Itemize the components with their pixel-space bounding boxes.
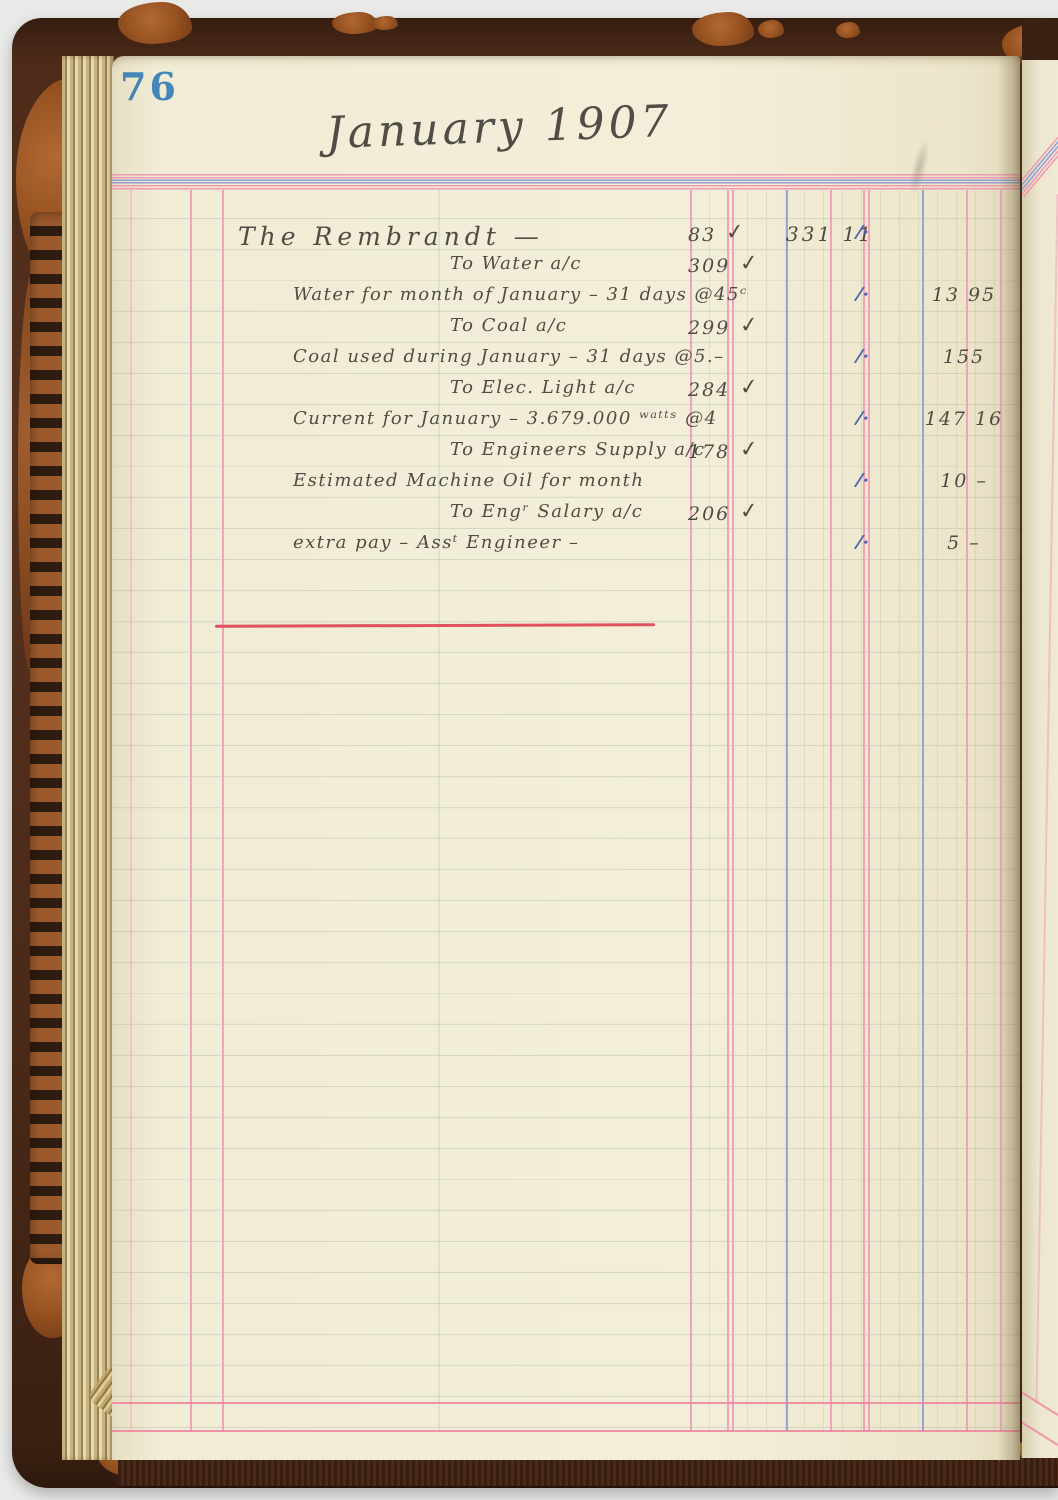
entry-text: Current for January – 3.679.000 ʷᵃᵗᵗˢ @4 [293,408,718,429]
ledger-entries: The Rembrandt —83 ✓331 11/·To Water a/c3… [112,56,1020,1460]
ledger-row: To Coal a/c299 ✓ [112,315,1020,345]
folio-number: 206 ✓ [688,501,761,526]
ledger-row: Current for January – 3.679.000 ʷᵃᵗᵗˢ @4… [112,408,1020,438]
folio-number: 178 ✓ [688,439,761,464]
entry-text: To Engineers Supply a/c [450,439,706,460]
ledger-row: The Rembrandt —83 ✓331 11/· [112,222,1020,252]
credit-amount: 147 16 [918,408,1010,430]
posting-mark: /· [855,531,870,553]
checkmark-icon: ✓ [739,374,762,401]
facing-page-column-rule [1035,194,1058,1404]
posting-mark: /· [855,283,870,305]
ledger-row: Coal used during January – 31 days @5.–/… [112,346,1020,376]
ledger-row: To Elec. Light a/c284 ✓ [112,377,1020,407]
ledger-page: 76 January 1907 The Rembrandt —83 ✓331 1… [112,56,1020,1460]
entry-text: To Coal a/c [450,315,567,336]
entry-text: To Water a/c [450,253,582,274]
posting-mark: /· [855,345,870,367]
checkmark-icon: ✓ [739,250,762,277]
credit-amount: 155 [918,346,1010,368]
ledger-row: To Engineers Supply a/c178 ✓ [112,439,1020,469]
entry-text: To Elec. Light a/c [450,377,636,398]
cover-top-right-corner [1022,18,1058,60]
credit-amount: 5 – [918,532,1010,554]
torn-leather-patch [692,12,754,46]
ledger-row: Water for month of January – 31 days @45… [112,284,1020,314]
checkmark-icon: ✓ [725,219,748,246]
credit-amount: 13 95 [918,284,1010,306]
facing-page-edge [1022,44,1058,1458]
ledger-row: Estimated Machine Oil for month/·10 – [112,470,1020,500]
checkmark-icon: ✓ [739,498,762,525]
entry-text: Coal used during January – 31 days @5.– [293,346,725,367]
checkmark-icon: ✓ [739,312,762,339]
entry-text: extra pay – Assᵗ Engineer – [293,532,579,553]
facing-page-rule-band [1022,122,1058,198]
posting-mark: /· [855,221,870,243]
folio-number: 309 ✓ [688,253,761,278]
folio-number: 284 ✓ [688,377,761,402]
gutter-shadow [998,56,1022,1460]
cover-bottom-edge [118,1458,1058,1488]
torn-leather-patch [836,22,860,38]
posting-mark: /· [855,407,870,429]
torn-leather-patch [118,2,192,44]
ledger-row: To Water a/c309 ✓ [112,253,1020,283]
ledger-row: To Engʳ Salary a/c206 ✓ [112,501,1020,531]
entry-text: The Rembrandt — [238,222,544,251]
torn-leather-patch [758,20,784,38]
folio-number: 299 ✓ [688,315,761,340]
checkmark-icon: ✓ [739,436,762,463]
page-edges-stack [62,56,114,1460]
facing-page-footer-rule [1022,1420,1058,1449]
entry-text: To Engʳ Salary a/c [450,501,643,522]
credit-amount: 10 – [918,470,1010,492]
ledger-row: extra pay – Assᵗ Engineer –/·5 – [112,532,1020,562]
torn-leather-patch [372,16,398,30]
entry-text: Estimated Machine Oil for month [293,470,645,491]
ledger-book-photo: 76 January 1907 The Rembrandt —83 ✓331 1… [0,0,1058,1500]
facing-page-footer-rule [1022,1390,1058,1419]
posting-mark: /· [855,469,870,491]
folio-number: 83 ✓ [688,222,747,247]
entry-text: Water for month of January – 31 days @45… [293,284,748,305]
